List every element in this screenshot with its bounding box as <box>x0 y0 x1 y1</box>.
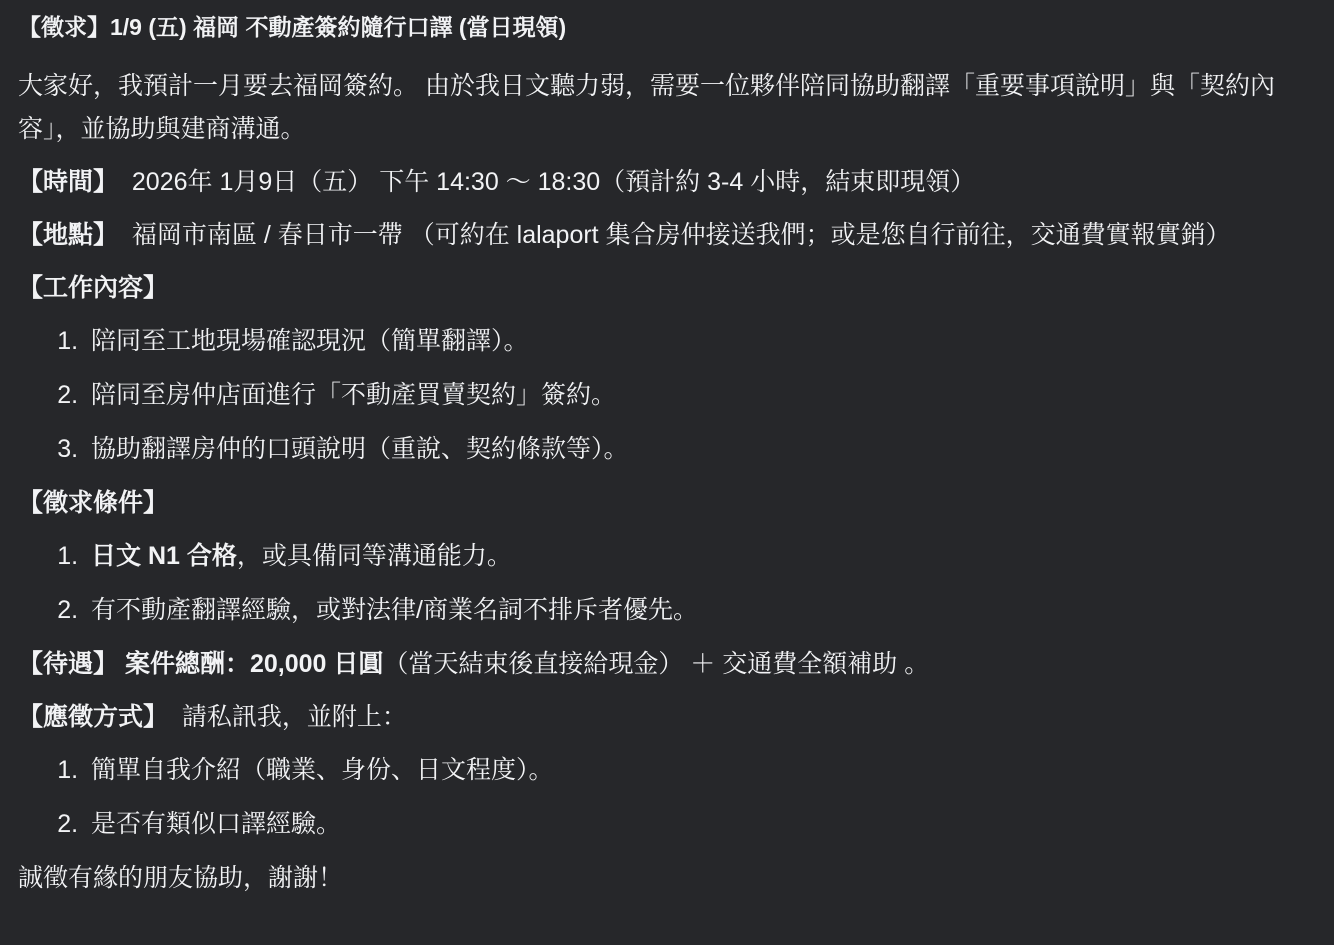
closing-line: 誠徵有緣的朋友協助，謝謝！ <box>18 857 1320 901</box>
location-text: 福岡市南區 / 春日市一帶 （可約在 lalaport 集合房仲接送我們；或是您… <box>118 221 1231 249</box>
post-title: 【徵求】1/9 (五) 福岡 不動產簽約隨行口譯 (當日現領) <box>18 10 1320 45</box>
application-text: 請私訊我，並附上： <box>168 703 407 731</box>
requirements-list: 日文 N1 合格，或具備同等溝通能力。 有不動產翻譯經驗，或對法律/商業名詞不排… <box>18 535 1320 633</box>
list-item: 簡單自我介紹（職業、身份、日文程度）。 <box>85 749 1320 793</box>
compensation-line: 【待遇】 案件總酬：20,000 日圓（當天結束後直接給現金） ＋ 交通費全額補… <box>18 643 1320 687</box>
duties-list: 陪同至工地現場確認現況（簡單翻譯）。 陪同至房仲店面進行「不動產買賣契約」簽約。… <box>18 320 1320 471</box>
list-item: 陪同至房仲店面進行「不動產買賣契約」簽約。 <box>85 374 1320 418</box>
list-item: 是否有類似口譯經驗。 <box>85 803 1320 847</box>
application-line: 【應徵方式】 請私訊我，並附上： <box>18 696 1320 740</box>
compensation-bold: 【待遇】 案件總酬：20,000 日圓 <box>18 650 383 678</box>
requirement-rest: ，或具備同等溝通能力。 <box>237 542 512 570</box>
intro-paragraph: 大家好，我預計一月要去福岡簽約。 由於我日文聽力弱，需要一位夥伴陪同協助翻譯「重… <box>18 65 1320 153</box>
time-label: 【時間】 <box>18 168 118 196</box>
compensation-rest: （當天結束後直接給現金） ＋ 交通費全額補助 。 <box>383 650 929 678</box>
requirement-bold: 日文 N1 合格 <box>91 542 237 570</box>
time-line: 【時間】 2026年 1月9日（五） 下午 14:30 ～ 18:30（預計約 … <box>18 161 1320 205</box>
list-item: 協助翻譯房仲的口頭說明（重說、契約條款等）。 <box>85 428 1320 472</box>
list-item: 陪同至工地現場確認現況（簡單翻譯）。 <box>85 320 1320 364</box>
post-body: 【徵求】1/9 (五) 福岡 不動產簽約隨行口譯 (當日現領) 大家好，我預計一… <box>0 0 1334 945</box>
list-item: 有不動產翻譯經驗，或對法律/商業名詞不排斥者優先。 <box>85 589 1320 633</box>
application-list: 簡單自我介紹（職業、身份、日文程度）。 是否有類似口譯經驗。 <box>18 749 1320 847</box>
time-text: 2026年 1月9日（五） 下午 14:30 ～ 18:30（預計約 3-4 小… <box>118 168 975 196</box>
requirements-header: 【徵求條件】 <box>18 482 1320 526</box>
location-line: 【地點】 福岡市南區 / 春日市一帶 （可約在 lalaport 集合房仲接送我… <box>18 214 1320 258</box>
duties-header: 【工作內容】 <box>18 267 1320 311</box>
application-label: 【應徵方式】 <box>18 703 168 731</box>
list-item: 日文 N1 合格，或具備同等溝通能力。 <box>85 535 1320 579</box>
location-label: 【地點】 <box>18 221 118 249</box>
